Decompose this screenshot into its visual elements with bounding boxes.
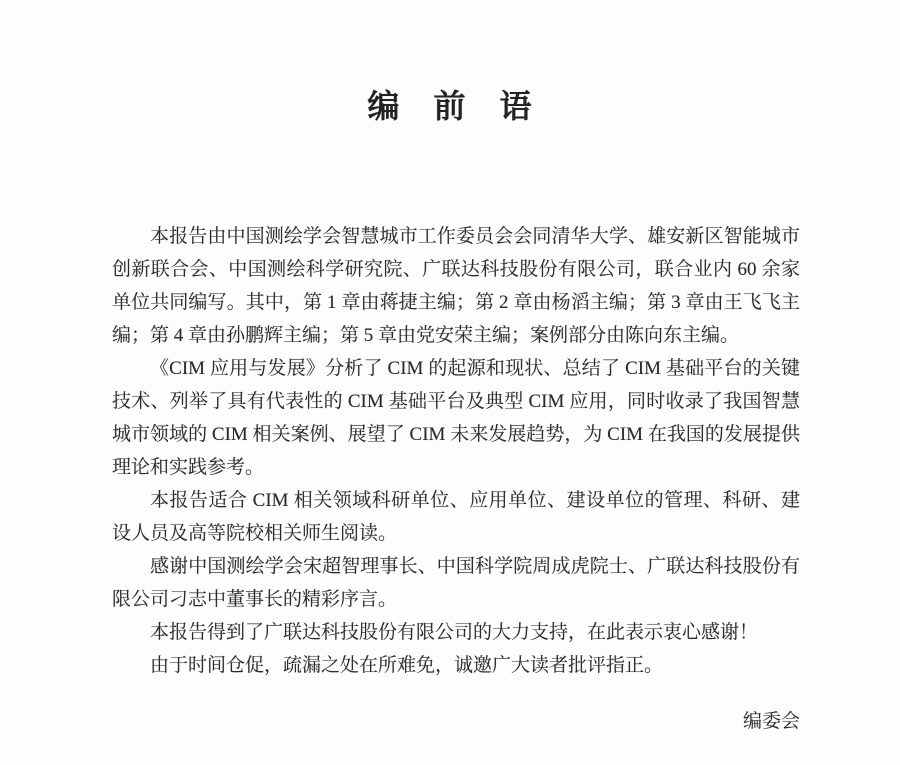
paragraph-6: 由于时间仓促，疏漏之处在所难免，诚邀广大读者批评指正。 [112,649,800,682]
paragraph-4: 感谢中国测绘学会宋超智理事长、中国科学院周成虎院士、广联达科技股份有限公司刁志中… [112,550,800,616]
preface-body: 本报告由中国测绘学会智慧城市工作委员会会同清华大学、雄安新区智能城市创新联合会、… [112,220,800,682]
paragraph-3: 本报告适合 CIM 相关领域科研单位、应用单位、建设单位的管理、科研、建设人员及… [112,484,800,550]
paragraph-5: 本报告得到了广联达科技股份有限公司的大力支持，在此表示衷心感谢！ [112,616,800,649]
signature-editorial-committee: 编委会 [0,705,800,738]
paragraph-1: 本报告由中国测绘学会智慧城市工作委员会会同清华大学、雄安新区智能城市创新联合会、… [112,220,800,352]
page-title: 编 前 语 [0,0,900,126]
paragraph-2: 《CIM 应用与发展》分析了 CIM 的起源和现状、总结了 CIM 基础平台的关… [112,352,800,484]
document-page: 编 前 语 本报告由中国测绘学会智慧城市工作委员会会同清华大学、雄安新区智能城市… [0,0,900,765]
